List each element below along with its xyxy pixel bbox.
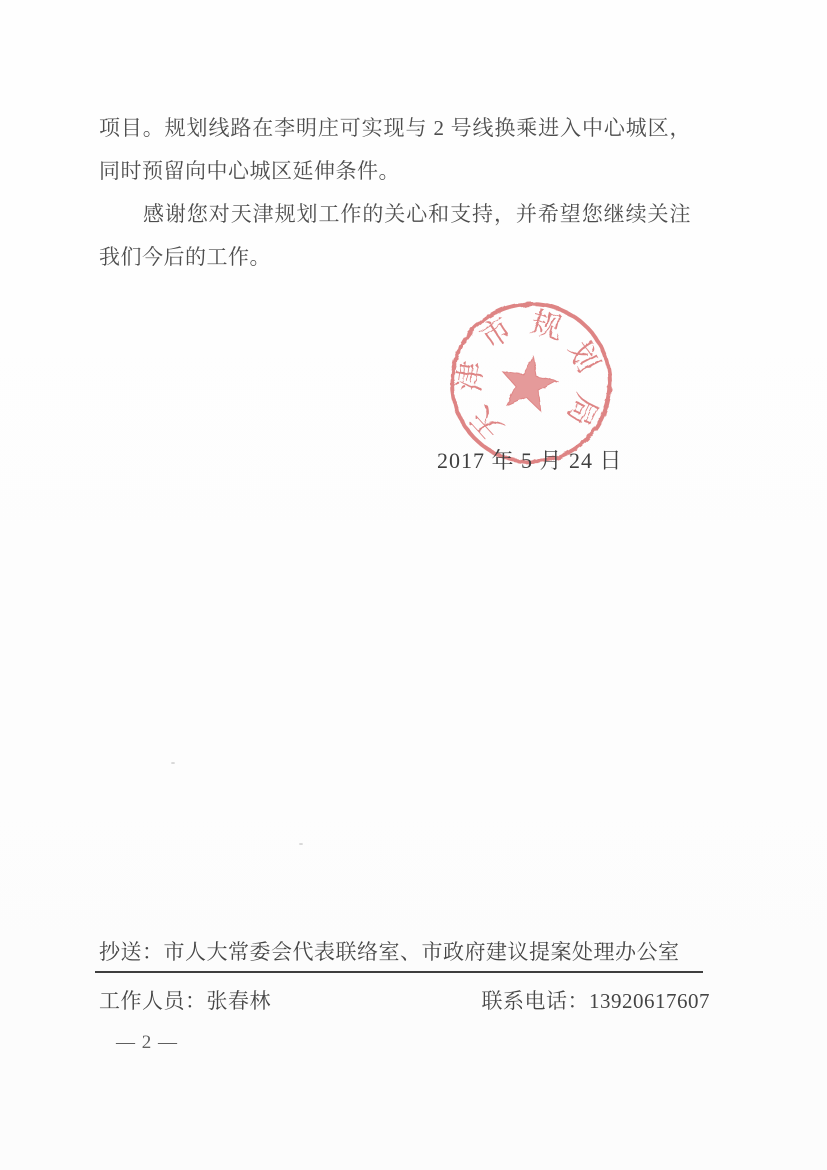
body-line: 感谢您对天津规划工作的关心和支持，并希望您继续关注 [99,193,691,236]
body-line: 同时预留向中心城区延伸条件。 [99,150,691,193]
body-line: 项目。规划线路在李明庄可实现与 2 号线换乘进入中心城区， [99,107,691,150]
phone-label: 联系电话： [482,989,590,1013]
page-number: — 2 — [116,1032,178,1054]
signature-date: 2017 年 5 月 24 日 [437,444,623,475]
seal-star-icon [502,356,556,411]
staff-label: 工作人员： [99,989,207,1013]
seal-char: 规 [528,306,565,345]
seal-char: 市 [475,311,518,355]
cc-value: 市人大常委会代表联络室、市政府建议提案处理办公室 [164,940,680,964]
seal-char: 津 [452,359,489,393]
seal-char: 天 [465,400,510,444]
footer-info-row: 工作人员：张春林 联系电话：13920617607 [99,985,710,1015]
body-line: 我们今后的工作。 [99,236,691,279]
phone-number: 13920617607 [589,989,710,1013]
scan-speck [299,843,303,845]
cc-line: 抄送：市人大常委会代表联络室、市政府建议提案处理办公室 [99,936,680,966]
staff-field: 工作人员：张春林 [99,985,271,1015]
phone-field: 联系电话：13920617607 [482,985,711,1015]
scan-speck [171,762,175,764]
staff-name: 张春林 [207,989,272,1013]
letter-body: 项目。规划线路在李明庄可实现与 2 号线换乘进入中心城区， 同时预留向中心城区延… [99,107,691,279]
footer-divider [95,971,703,973]
scanned-letter-page: 项目。规划线路在李明庄可实现与 2 号线换乘进入中心城区， 同时预留向中心城区延… [0,0,827,1170]
cc-label: 抄送： [99,940,164,964]
